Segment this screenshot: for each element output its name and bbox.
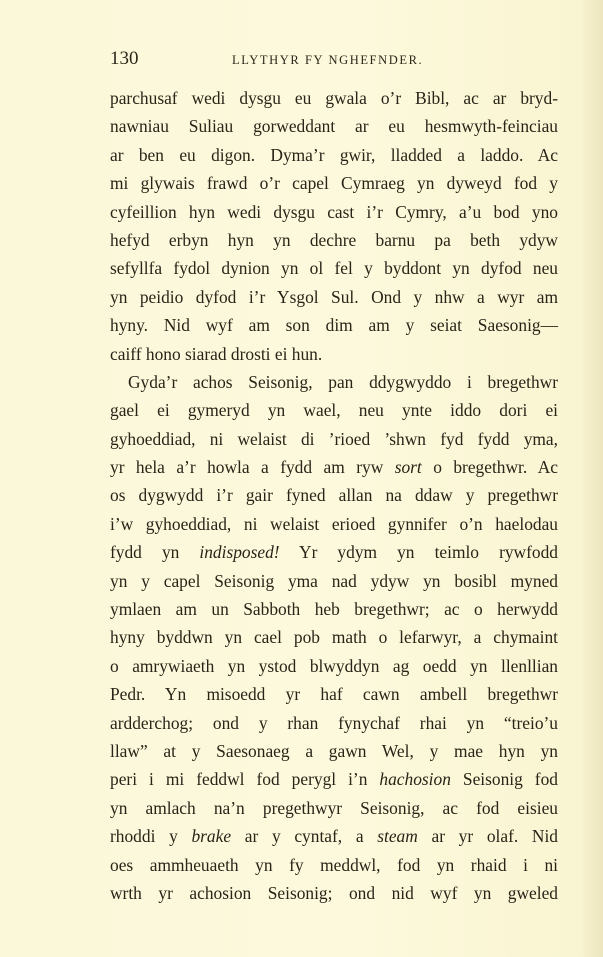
italic-word: steam: [377, 826, 418, 846]
text-line: caiff hono siarad drosti ei hun.: [110, 340, 558, 368]
page-number: 130: [110, 48, 139, 70]
text-line: peri i mi feddwl fod perygl i’n hachosio…: [110, 765, 558, 793]
text-line: sefyllfa fydol dynion yn ol fel y byddon…: [110, 254, 558, 282]
text-line: gyhoeddiad, ni welaist di ’rioed ’shwn f…: [110, 425, 558, 453]
text-line: ar ben eu digon. Dyma’r gwir, lladded a …: [110, 141, 558, 169]
page-header: 130 LLYTHYR FY NGHEFNDER.: [110, 48, 560, 72]
text-line: wrth yr achosion Seisonig; ond nid wyf y…: [110, 879, 558, 907]
italic-word: brake: [191, 826, 231, 846]
text-line: oes ammheuaeth yn fy meddwl, fod yn rhai…: [110, 851, 558, 879]
text-line: Pedr. Yn misoedd yr haf cawn ambell breg…: [110, 680, 558, 708]
text-line: gael ei gymeryd yn wael, neu ynte iddo d…: [110, 396, 558, 424]
text-line: fydd yn indisposed! Yr ydym yn teimlo ry…: [110, 538, 558, 566]
text-line: hyny. Nid wyf am son dim am y seiat Saes…: [110, 311, 558, 339]
text-line: i’w gyhoeddiad, ni welaist erioed gynnif…: [110, 510, 558, 538]
paragraph-start-line: Gyda’r achos Seisonig, pan ddygwyddo i b…: [110, 368, 558, 396]
text-line: ardderchog; ond y rhan fynychaf rhai yn …: [110, 709, 558, 737]
text-line: yn amlach na’n pregethwyr Seisonig, ac f…: [110, 794, 558, 822]
text-line: llaw” at y Saesonaeg a gawn Wel, y mae h…: [110, 737, 558, 765]
text-line: hyny byddwn yn cael pob math o lefarwyr,…: [110, 623, 558, 651]
running-head: LLYTHYR FY NGHEFNDER.: [232, 53, 423, 68]
text-line: rhoddi y brake ar y cyntaf, a steam ar y…: [110, 822, 558, 850]
italic-word: sort: [395, 457, 422, 477]
text-line: yr hela a’r howla a fydd am ryw sort o b…: [110, 453, 558, 481]
body-text: parchusaf wedi dysgu eu gwala o’r Bibl, …: [110, 84, 558, 907]
text-line: o amrywiaeth yn ystod blwyddyn ag oedd y…: [110, 652, 558, 680]
text-line: hefyd erbyn hyn yn dechre barnu pa beth …: [110, 226, 558, 254]
book-page: 130 LLYTHYR FY NGHEFNDER. parchusaf wedi…: [0, 0, 603, 957]
italic-word: indisposed!: [199, 542, 279, 562]
text-line: parchusaf wedi dysgu eu gwala o’r Bibl, …: [110, 84, 558, 112]
text-line: ymlaen am un Sabboth heb bregethwr; ac o…: [110, 595, 558, 623]
text-line: os dygwydd i’r gair fyned allan na ddaw …: [110, 481, 558, 509]
text-line: cyfeillion hyn wedi dysgu cast i’r Cymry…: [110, 198, 558, 226]
italic-word: hachosion: [379, 769, 451, 789]
text-line: mi glywais frawd o’r capel Cymraeg yn dy…: [110, 169, 558, 197]
text-line: yn peidio dyfod i’r Ysgol Sul. Ond y nhw…: [110, 283, 558, 311]
text-line: nawniau Suliau gorweddant ar eu hesmwyth…: [110, 112, 558, 140]
text-line: yn y capel Seisonig yma nad ydyw yn bosi…: [110, 567, 558, 595]
